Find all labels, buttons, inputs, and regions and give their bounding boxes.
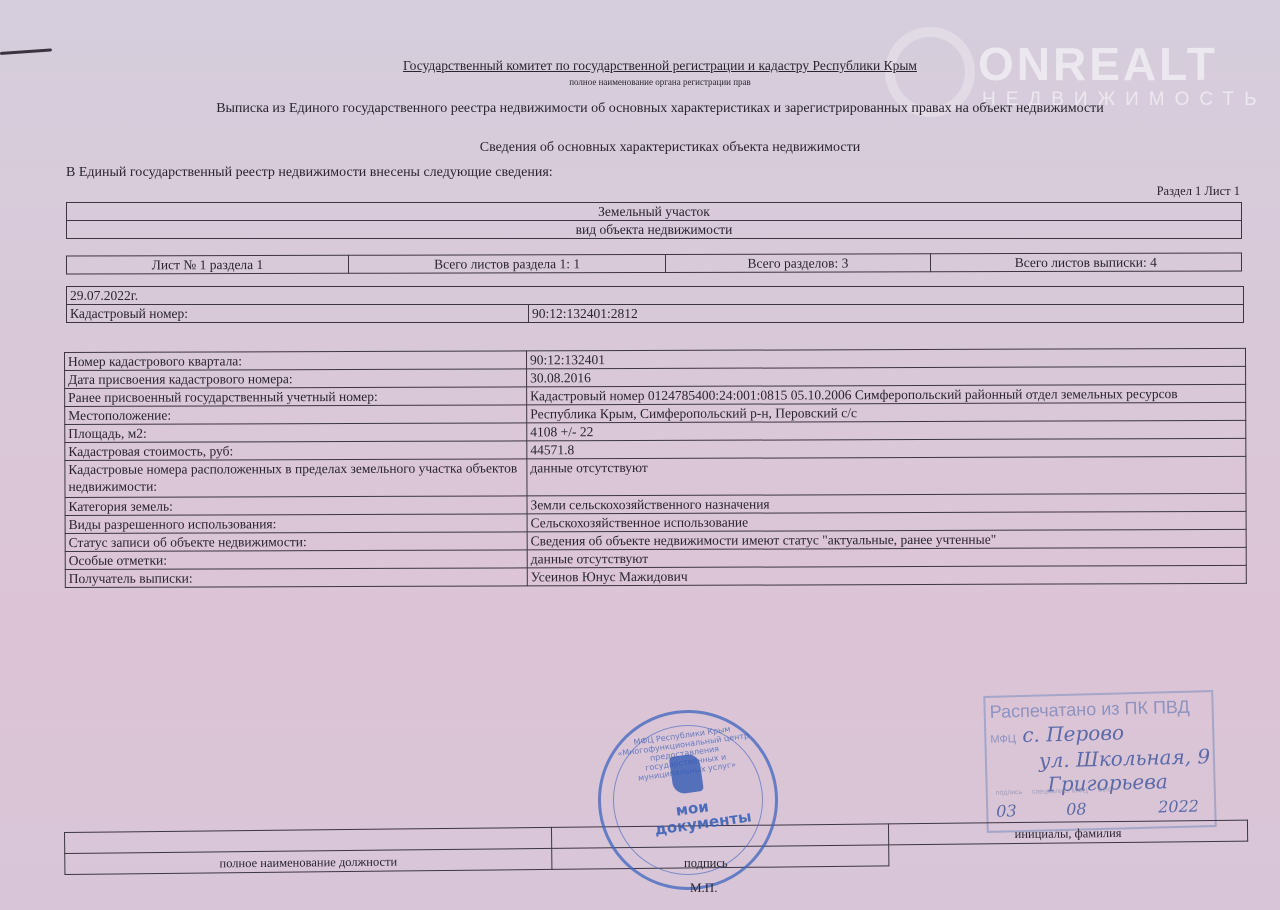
row-label: Виды разрешенного использования: — [65, 514, 527, 534]
handwritten-year: 2022 — [1158, 796, 1199, 816]
handwritten-day: 03 — [996, 801, 1017, 821]
row-label: Номер кадастрового квартала: — [65, 351, 527, 371]
print-stamp: Распечатано из ПК ПВД МФЦ с. Перово ул. … — [983, 690, 1217, 833]
cadastral-label: Кадастровый номер: — [67, 305, 529, 323]
document-title: Выписка из Единого государственного реес… — [100, 101, 1220, 117]
position-caption: полное наименование должности — [65, 848, 552, 874]
row-label: Площадь, м2: — [65, 423, 527, 443]
extract-date: 29.07.2022г. — [67, 287, 1244, 305]
name-blank — [889, 841, 1248, 866]
row-label: Ранее присвоенный государственный учетны… — [65, 387, 527, 407]
section-reference: Раздел 1 Лист 1 — [1157, 184, 1240, 199]
intro-text: В Единый государственный реестр недвижим… — [66, 165, 553, 181]
cadastral-table: 29.07.2022г. Кадастровый номер: 90:12:13… — [66, 286, 1244, 323]
object-type-caption: вид объекта недвижимости — [67, 221, 1242, 239]
table-row: Получатель выписки:Усеинов Юнус Мажидови… — [65, 565, 1246, 587]
cadastral-value: 90:12:132401:2812 — [529, 305, 1244, 323]
table-row: Кадастровые номера расположенных в преде… — [65, 456, 1246, 497]
sheet-number: Лист № 1 раздела 1 — [66, 255, 348, 274]
seal-logo-text: мои документы — [651, 795, 735, 838]
row-label: Дата присвоения кадастрового номера: — [65, 369, 527, 389]
row-label: Статус записи об объекте недвижимости: — [65, 532, 527, 552]
row-label: Местоположение: — [65, 405, 527, 425]
official-seal: МФЦ Республики Крым «Многофункциональный… — [586, 698, 789, 901]
row-label: Кадастровые номера расположенных в преде… — [65, 459, 527, 498]
object-type-table: Земельный участок вид объекта недвижимос… — [66, 202, 1242, 239]
handwritten-street: ул. Школьная, 9 — [1039, 744, 1211, 772]
row-label: Кадастровая стоимость, руб: — [65, 441, 527, 461]
sheets-table: Лист № 1 раздела 1 Всего листов раздела … — [66, 252, 1242, 274]
section-title: Сведения об основных характеристиках объ… — [300, 140, 1040, 156]
stray-pen-mark — [0, 48, 52, 55]
object-type: Земельный участок — [67, 203, 1242, 221]
handwritten-village: с. Перово — [1022, 720, 1124, 747]
total-sheets: Всего листов выписки: 4 — [930, 253, 1241, 272]
signature-caption: подпись — [684, 856, 728, 871]
organization-name: Государственный комитет по государственн… — [330, 58, 990, 74]
organization-caption: полное наименование органа регистрации п… — [330, 77, 990, 87]
moi-dokumenty-logo-icon — [669, 753, 704, 795]
seal-place-caption: М.П. — [690, 880, 717, 896]
sheets-in-section: Всего листов раздела 1: 1 — [348, 254, 665, 273]
row-value: Усеинов Юнус Мажидович — [527, 565, 1246, 586]
row-value: данные отсутствуют — [527, 456, 1246, 496]
characteristics-table: Номер кадастрового квартала:90:12:132401… — [64, 348, 1247, 588]
print-stamp-header: Распечатано из ПК ПВД — [989, 697, 1190, 723]
row-label: Особые отметки: — [65, 550, 527, 570]
print-stamp-office: МФЦ — [990, 733, 1016, 746]
total-sections: Всего разделов: 3 — [666, 254, 930, 273]
handwritten-month: 08 — [1066, 799, 1087, 819]
watermark-brand: ONREALT — [978, 37, 1218, 91]
row-value: Кадастровый номер 0124785400:24:001:0815… — [527, 384, 1246, 405]
row-label: Категория земель: — [65, 496, 527, 516]
row-label: Получатель выписки: — [65, 568, 527, 588]
